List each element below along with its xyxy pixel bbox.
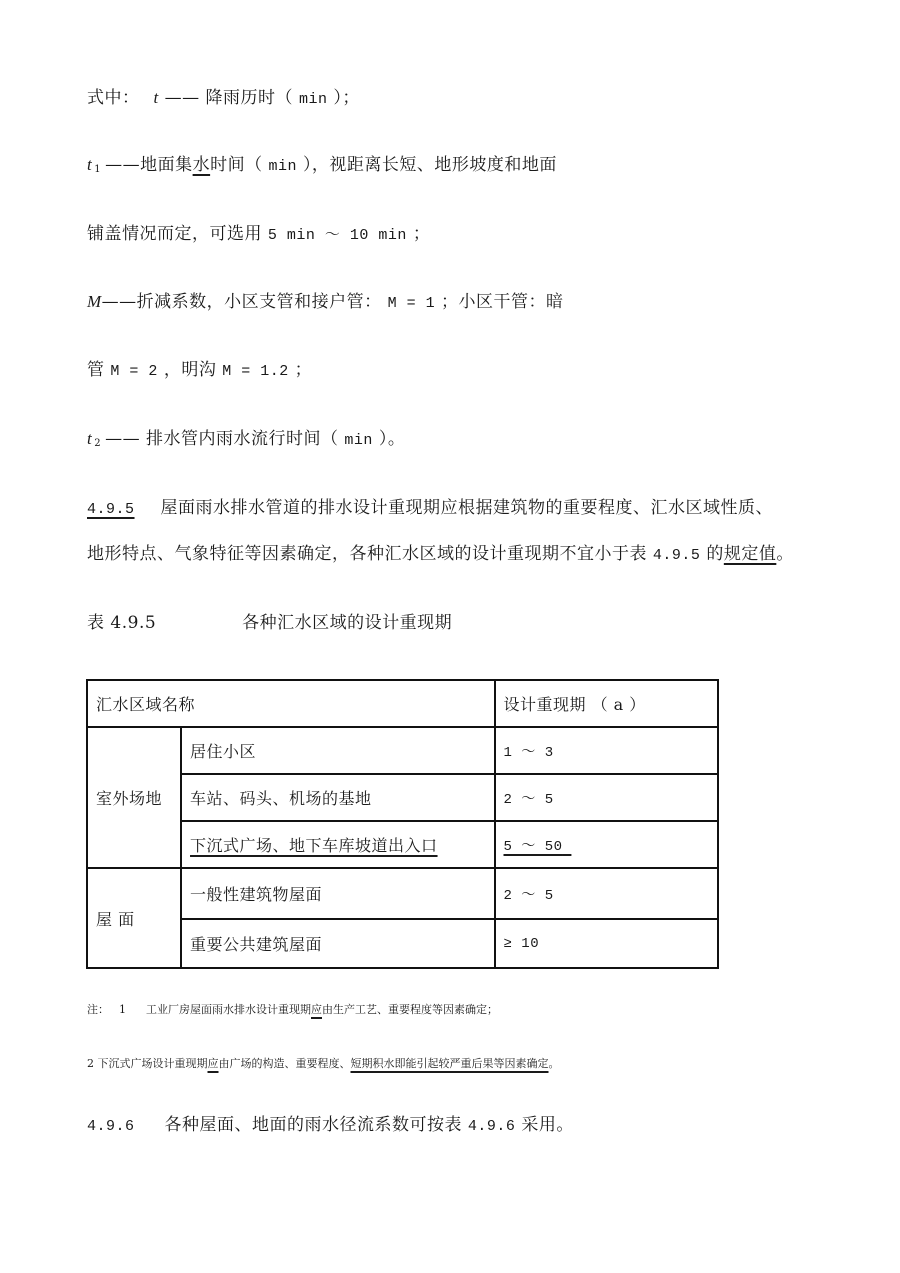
table-row: 室外场地 居住小区 1 ～ 3 [87, 727, 718, 774]
table-reference: 4.9.6 [468, 1118, 516, 1135]
symbol-m: M [87, 292, 102, 311]
unit: min [344, 432, 373, 449]
clause-text: 地形特点、气象特征等因素确定，各种汇水区域的设计重现期不宜小于表 [87, 544, 647, 564]
definition-text: 降雨历时（ [206, 88, 294, 108]
table-caption: 表 4.9.5各种汇水区域的设计重现期 [87, 611, 452, 635]
punct: ； [413, 224, 431, 244]
clause-text: 的 [706, 544, 724, 564]
definition-text: 管 [87, 360, 105, 380]
table-header-row: 汇水区域名称 设计重现期 （ a ） [87, 680, 718, 727]
table-row: 重要公共建筑屋面 ≥ 10 [87, 919, 718, 968]
definition-text: 时间（ [210, 155, 263, 175]
punct: ）。 [379, 429, 406, 449]
table-row: 下沉式广场、地下车库坡道出入口 5 ～ 50 [87, 821, 718, 868]
clause-text: 采用。 [521, 1115, 574, 1135]
clause-text: 屋面雨水排水管道的排水设计重现期应根据建筑物的重要程度、汇水区域性质、 [161, 498, 774, 518]
unit: min [299, 91, 328, 108]
clause-number: 4.9.5 [87, 501, 135, 518]
period-cell: 1 ～ 3 [495, 727, 719, 774]
underlined-text: 应 [208, 1057, 219, 1070]
definition-t1-cont: 铺盖情况而定，可选用 5 min ～ 10 min ； [87, 222, 430, 248]
note-text: 工业厂房屋面雨水排水设计重现期 [146, 1003, 311, 1016]
note-text: 由广场的构造、重要程度、 [219, 1057, 351, 1070]
clause-4-9-5: 4.9.5屋面雨水排水管道的排水设计重现期应根据建筑物的重要程度、汇水区域性质、 [87, 496, 773, 522]
note-text: 由生产工艺、重要程度等因素确定； [322, 1003, 498, 1016]
table-label: 表 4.9.5 [87, 613, 156, 633]
category-cell: 室外场地 [87, 727, 181, 868]
underlined-text: 水 [193, 155, 211, 175]
punct: ）； [333, 88, 360, 108]
subscript: 2 [94, 438, 101, 449]
definition-text: ——折减系数，小区支管和接户管： [102, 292, 382, 312]
clause-4-9-6: 4.9.6各种屋面、地面的雨水径流系数可按表 4.9.6 采用。 [87, 1113, 574, 1139]
dash: —— [105, 155, 140, 175]
equation: M = 1.2 [222, 363, 289, 380]
header-period: 设计重现期 （ a ） [495, 680, 719, 727]
note-number: 2 [87, 1057, 94, 1070]
table-note-2: 2 下沉式广场设计重现期应由广场的构造、重要程度、短期积水即能引起较严重后果等因… [87, 1056, 560, 1072]
area-cell: 一般性建筑物屋面 [181, 868, 494, 919]
clause-number: 4.9.6 [87, 1118, 135, 1135]
area-cell: 车站、码头、机场的基地 [181, 774, 494, 821]
period-cell: 2 ～ 5 [495, 774, 719, 821]
definition-m: M——折减系数，小区支管和接户管： M = 1 ；小区干管：暗 [87, 290, 564, 316]
note-text: 下沉式广场设计重现期 [98, 1057, 208, 1070]
definition-text: 铺盖情况而定，可选用 [87, 224, 262, 244]
underlined-text: 应 [311, 1003, 322, 1016]
equation: M = 2 [110, 363, 158, 380]
area-cell: 居住小区 [181, 727, 494, 774]
table-row: 屋 面 一般性建筑物屋面 2 ～ 5 [87, 868, 718, 919]
definition-t2: t2—— 排水管内雨水流行时间（ min ）。 [87, 427, 405, 456]
subscript: 1 [94, 164, 101, 175]
underlined-text: 短期积水即能引起较严重后果等因素确定 [351, 1057, 549, 1070]
table-reference: 4.9.5 [653, 547, 701, 564]
period-cell: ≥ 10 [495, 919, 719, 968]
definition-m-cont: 管 M = 2 ，明沟 M = 1.2 ； [87, 358, 312, 384]
clause-text: 各种屋面、地面的雨水径流系数可按表 [165, 1115, 463, 1135]
definition-text: ；小区干管：暗 [441, 292, 564, 312]
value-range: 5 min ～ 10 min [268, 227, 407, 244]
definition-t: 式中：t —— 降雨历时（ min ）； [87, 86, 360, 112]
punct: 。 [776, 544, 794, 564]
symbol-t: t [154, 88, 159, 107]
definition-text: ，明沟 [164, 360, 217, 380]
definition-text: ），视距离长短、地形坡度和地面 [303, 155, 557, 175]
definition-t1: t1——地面集水时间（ min ），视距离长短、地形坡度和地面 [87, 153, 557, 182]
area-cell: 重要公共建筑屋面 [181, 919, 494, 968]
header-area-name: 汇水区域名称 [87, 680, 495, 727]
period-cell: 5 ～ 50 [495, 821, 719, 868]
punct: 。 [549, 1057, 560, 1070]
definition-text: 排水管内雨水流行时间（ [146, 429, 339, 449]
underlined-text: 规定值 [724, 544, 777, 564]
equation: M = 1 [388, 295, 436, 312]
table-row: 车站、码头、机场的基地 2 ～ 5 [87, 774, 718, 821]
unit: min [269, 158, 298, 175]
area-cell: 下沉式广场、地下车库坡道出入口 [181, 821, 494, 868]
dash: —— [105, 429, 140, 449]
period-cell: 2 ～ 5 [495, 868, 719, 919]
punct: ； [295, 360, 313, 380]
symbol-t: t [87, 429, 92, 448]
clause-4-9-5-cont: 地形特点、气象特征等因素确定，各种汇水区域的设计重现期不宜小于表 4.9.5 的… [87, 542, 794, 568]
dash: —— [165, 88, 200, 108]
return-period-table: 汇水区域名称 设计重现期 （ a ） 室外场地 居住小区 1 ～ 3 车站、码头… [86, 679, 719, 969]
category-cell: 屋 面 [87, 868, 181, 968]
symbol-t: t [87, 155, 92, 174]
underlined-text: 下沉式广场、地下车库坡道出入口 [190, 836, 438, 855]
note-prefix: 注： [87, 1003, 109, 1016]
note-number: 1 [119, 1003, 126, 1016]
formula-prefix: 式中： [87, 88, 140, 108]
definition-text: 地面集 [140, 155, 193, 175]
table-note-1: 注：1工业厂房屋面雨水排水设计重现期应由生产工艺、重要程度等因素确定； [87, 1002, 498, 1018]
table-title: 各种汇水区域的设计重现期 [242, 613, 452, 633]
underlined-text: 5 ～ 50 [504, 839, 563, 855]
